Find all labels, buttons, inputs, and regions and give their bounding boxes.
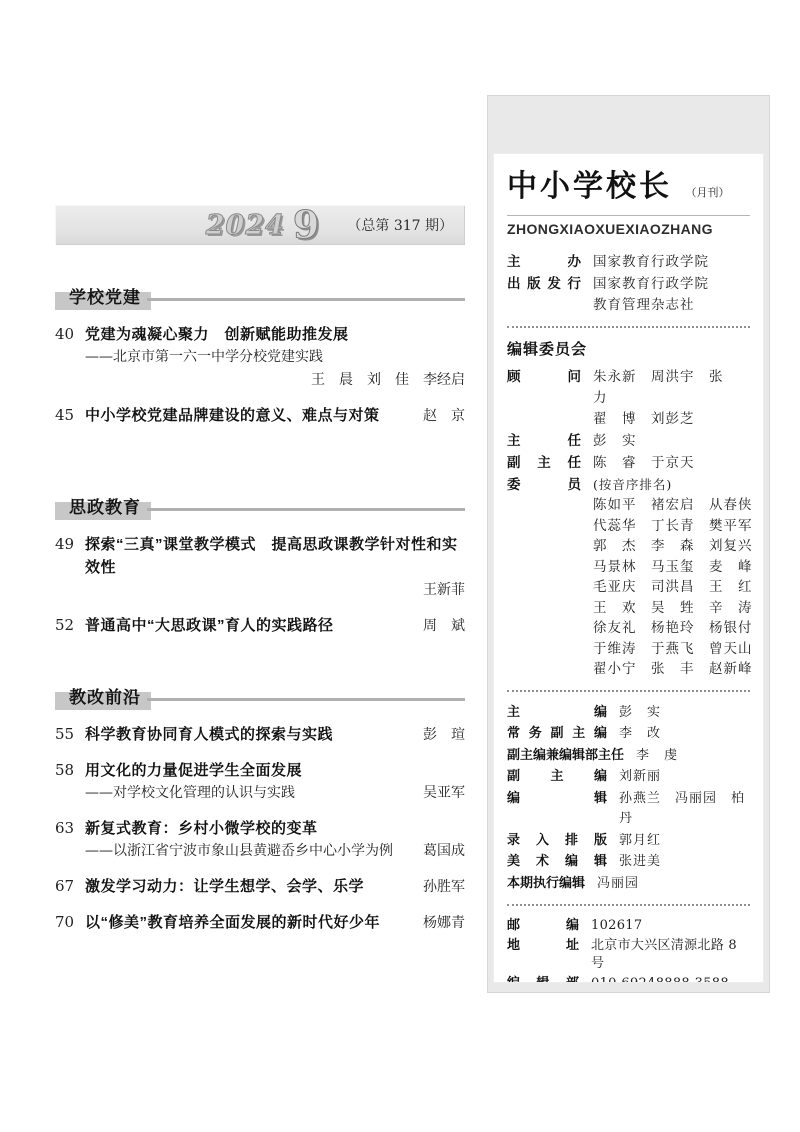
- item-title: 新复式教育：乡村小微学校的变革: [85, 817, 465, 840]
- dotted-separator: [507, 326, 750, 328]
- item-title: 中小学校党建品牌建设的意义、难点与对策: [85, 404, 413, 427]
- staff-value: 刘新丽: [619, 767, 661, 788]
- editorial-office-phone: 010-69248888-3588: [591, 975, 729, 984]
- item-page-number: 40: [55, 323, 85, 346]
- item-title: 以“修美”教育培养全面发展的新时代好少年: [85, 911, 413, 934]
- staff-row: 主编 彭 实: [507, 702, 750, 724]
- staff-row: 录入排版 郭月红: [507, 830, 750, 852]
- deputy-director-label: 副主任: [507, 452, 581, 473]
- members-row: 委员 (按音序排名): [507, 474, 750, 495]
- toc-section-ideological-education: 思政教育 49 探索“三真”课堂教学模式 提高思政课教学针对性和实效性 王新菲 …: [55, 493, 465, 638]
- item-authors: 周 斌: [413, 615, 465, 638]
- member-row: 徐友礼 杨艳玲 杨银付: [593, 618, 750, 639]
- item-title: 党建为魂凝心聚力 创新赋能助推发展: [85, 323, 465, 346]
- item-page-number: 58: [55, 759, 85, 782]
- member-row: 翟小宁 张 丰 赵新峰: [593, 659, 750, 680]
- item-authors: 赵 京: [413, 405, 465, 428]
- staff-label: 副主编: [507, 766, 607, 787]
- section-header: 教改前沿: [55, 683, 465, 711]
- staff-label: 录入排版: [507, 830, 607, 851]
- item-authors: 王新菲: [55, 579, 465, 602]
- item-authors: 彭 瑄: [413, 724, 465, 747]
- advisors-row: 顾问 朱永新 周洪宇 张 力: [507, 366, 750, 409]
- section-title: 学校党建: [69, 283, 141, 308]
- section-header-rule: [147, 698, 465, 701]
- item-page-number: 49: [55, 533, 85, 556]
- contact-row: 编辑部 010-69248888-3588: [507, 974, 750, 984]
- item-authors: 孙胜军: [413, 876, 465, 899]
- staff-value: 冯丽园: [597, 874, 639, 895]
- toc-item: 63 新复式教育：乡村小微学校的变革 ——以浙江省宁波市象山县黄避岙乡中心小学为…: [55, 817, 465, 863]
- address-label: 地址: [507, 936, 579, 955]
- masthead-rule: [507, 215, 750, 216]
- item-page-number: 45: [55, 404, 85, 427]
- member-row: 于维涛 于燕飞 曾天山: [593, 639, 750, 660]
- staff-label: 本期执行编辑: [507, 873, 585, 894]
- sponsor-row: 主办 国家教育行政学院: [507, 251, 750, 273]
- issue-number: 9: [293, 206, 319, 244]
- sponsor-label: 主办: [507, 251, 581, 272]
- item-subtitle: ——北京市第一六一中学分校党建实践: [85, 346, 465, 369]
- item-page-number: 52: [55, 614, 85, 637]
- section-title: 思政教育: [69, 493, 141, 518]
- toc-item: 70 以“修美”教育培养全面发展的新时代好少年 杨娜青: [55, 911, 465, 935]
- journal-title-text: 中小学校长: [507, 169, 672, 204]
- staff-block: 主编 彭 实 常务副主编 李 改 副主编兼编辑部主任 李 虔 副主编 刘新丽 编…: [507, 702, 750, 895]
- postcode-value: 102617: [591, 917, 642, 936]
- toc-section-party-building: 学校党建 40 党建为魂凝心聚力 创新赋能助推发展 ——北京市第一六一中学分校党…: [55, 283, 465, 428]
- staff-value: 孙燕兰 冯丽园 柏 丹: [619, 789, 750, 830]
- item-authors: 王 晨 刘 佳 李经启: [55, 369, 465, 392]
- contact-row: 邮编 102617: [507, 916, 750, 936]
- issue-note: （总第 317 期）: [347, 215, 453, 235]
- publisher-value: 国家教育行政学院: [593, 274, 709, 295]
- director-row: 主任 彭 实: [507, 430, 750, 452]
- member-row: 郭 杰 李 森 刘复兴: [593, 536, 750, 557]
- issue-year: 2024: [206, 210, 285, 241]
- item-authors: 吴亚军: [413, 782, 465, 805]
- contact-row: 地址 北京市大兴区清源北路 8 号: [507, 936, 750, 974]
- dotted-separator: [507, 690, 750, 692]
- toc-item: 58 用文化的力量促进学生全面发展 ——对学校文化管理的认识与实践 吴亚军: [55, 759, 465, 805]
- address-value: 北京市大兴区清源北路 8 号: [591, 937, 750, 974]
- staff-value: 李 虔: [636, 746, 678, 767]
- publisher-label: 出版发行: [507, 273, 581, 294]
- journal-frequency: （月刊）: [685, 186, 729, 199]
- toc-item: 45 中小学校党建品牌建设的意义、难点与对策 赵 京: [55, 404, 465, 428]
- staff-label: 编辑: [507, 788, 607, 809]
- section-title: 教改前沿: [69, 683, 141, 708]
- section-header-rule: [147, 298, 465, 301]
- advisors-line2: 翟 博 刘彭芝: [593, 409, 750, 430]
- dotted-separator: [507, 904, 750, 906]
- director-value: 彭 实: [593, 431, 637, 452]
- journal-info-card: 中小学校长 （月刊） ZHONGXIAOXUEXIAOZHANG 主办 国家教育…: [493, 153, 764, 983]
- section-header: 思政教育: [55, 493, 465, 521]
- toc-section-education-reform: 教改前沿 55 科学教育协同育人模式的探索与实践 彭 瑄 58 用文化的力量促进…: [55, 683, 465, 935]
- staff-value: 张进美: [619, 852, 661, 873]
- publisher-value-line2: 教育管理杂志社: [593, 295, 750, 316]
- journal-title: 中小学校长 （月刊）: [507, 168, 750, 212]
- staff-row: 本期执行编辑 冯丽园: [507, 873, 750, 895]
- members-list: 陈如平 褚宏启 从春侠 代蕊华 丁长青 樊平军 郭 杰 李 森 刘复兴 马景林 …: [593, 495, 750, 680]
- deputy-director-value: 陈 睿 于京天: [593, 453, 695, 474]
- member-row: 代蕊华 丁长青 樊平军: [593, 516, 750, 537]
- issue-banner: 2024 9 （总第 317 期）: [55, 205, 465, 245]
- editorial-committee-heading: 编辑委员会: [507, 338, 750, 362]
- member-row: 王 欢 吴 甡 辛 涛: [593, 598, 750, 619]
- postcode-label: 邮编: [507, 916, 579, 935]
- item-subtitle: ——对学校文化管理的认识与实践: [85, 782, 413, 805]
- staff-value: 郭月红: [619, 831, 661, 852]
- publisher-row: 出版发行 国家教育行政学院: [507, 273, 750, 295]
- toc-item: 40 党建为魂凝心聚力 创新赋能助推发展 ——北京市第一六一中学分校党建实践 王…: [55, 323, 465, 392]
- member-row: 马景林 马玉玺 麦 峰: [593, 557, 750, 578]
- members-note: (按音序排名): [593, 474, 672, 495]
- staff-row: 美术编辑 张进美: [507, 851, 750, 873]
- staff-row: 副主编兼编辑部主任 李 虔: [507, 745, 750, 767]
- staff-value: 李 改: [619, 724, 661, 745]
- sponsor-value: 国家教育行政学院: [593, 252, 709, 273]
- item-title: 普通高中“大思政课”育人的实践路径: [85, 614, 413, 637]
- item-authors: 杨娜青: [413, 912, 465, 935]
- toc-item: 55 科学教育协同育人模式的探索与实践 彭 瑄: [55, 723, 465, 747]
- section-header: 学校党建: [55, 283, 465, 311]
- director-label: 主任: [507, 430, 581, 451]
- item-title: 激发学习动力：让学生想学、会学、乐学: [85, 875, 413, 898]
- item-page-number: 70: [55, 911, 85, 934]
- toc-item: 67 激发学习动力：让学生想学、会学、乐学 孙胜军: [55, 875, 465, 899]
- staff-label: 主编: [507, 702, 607, 723]
- member-row: 毛亚庆 司洪昌 王 红: [593, 577, 750, 598]
- masthead: 中小学校长 （月刊） ZHONGXIAOXUEXIAOZHANG: [507, 168, 750, 239]
- deputy-director-row: 副主任 陈 睿 于京天: [507, 452, 750, 474]
- advisors-line1: 朱永新 周洪宇 张 力: [593, 367, 750, 409]
- item-page-number: 67: [55, 875, 85, 898]
- item-authors: 葛国成: [413, 840, 465, 863]
- staff-label: 副主编兼编辑部主任: [507, 745, 624, 766]
- toc-item: 49 探索“三真”课堂教学模式 提高思政课教学针对性和实效性 王新菲: [55, 533, 465, 602]
- staff-row: 编辑 孙燕兰 冯丽园 柏 丹: [507, 788, 750, 830]
- editorial-office-label: 编辑部: [507, 974, 579, 984]
- item-page-number: 55: [55, 723, 85, 746]
- item-title: 用文化的力量促进学生全面发展: [85, 759, 465, 782]
- staff-label: 常务副主编: [507, 723, 607, 744]
- item-title: 科学教育协同育人模式的探索与实践: [85, 723, 413, 746]
- journal-pinyin: ZHONGXIAOXUEXIAOZHANG: [507, 219, 750, 239]
- item-title: 探索“三真”课堂教学模式 提高思政课教学针对性和实效性: [85, 533, 465, 579]
- staff-value: 彭 实: [619, 703, 661, 724]
- item-subtitle: ——以浙江省宁波市象山县黄避岙乡中心小学为例: [85, 840, 413, 863]
- item-page-number: 63: [55, 817, 85, 840]
- toc-item: 52 普通高中“大思政课”育人的实践路径 周 斌: [55, 614, 465, 638]
- member-row: 陈如平 褚宏启 从春侠: [593, 495, 750, 516]
- staff-row: 副主编 刘新丽: [507, 766, 750, 788]
- staff-row: 常务副主编 李 改: [507, 723, 750, 745]
- advisors-label: 顾问: [507, 366, 581, 387]
- staff-label: 美术编辑: [507, 851, 607, 872]
- section-header-rule: [147, 508, 465, 511]
- journal-info-panel: 中小学校长 （月刊） ZHONGXIAOXUEXIAOZHANG 主办 国家教育…: [487, 95, 770, 993]
- contact-block: 邮编 102617 地址 北京市大兴区清源北路 8 号 编辑部 010-6924…: [507, 916, 750, 983]
- members-label: 委员: [507, 474, 581, 495]
